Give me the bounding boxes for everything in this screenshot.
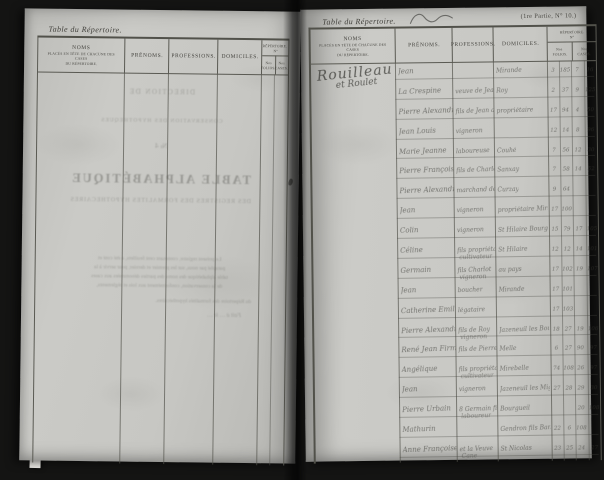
left-page: Table du Répertoire. DIRECTION DE CONSER… — [19, 8, 301, 463]
header-folios-l1: Nos — [265, 60, 271, 65]
header-folios-l2: FOLIOS. — [261, 65, 276, 70]
row-case-2: 108 — [588, 405, 600, 411]
row-prenoms: Pierre François — [399, 166, 453, 176]
header-cases-l1: Nos — [278, 60, 284, 65]
row-domicile: au pays — [498, 266, 522, 274]
row-profession: marchand de bois — [456, 186, 494, 194]
column-rule — [119, 73, 125, 464]
row-folio-2: 26 — [575, 366, 587, 372]
header-noms-line2: PLACÉS EN TÊTE DE CHACUNE DES CASES — [42, 50, 121, 60]
row-domicile: St Hilaire — [498, 246, 528, 254]
table-header-row: NOMS PLACÉS EN TÊTE DE CHACUNE DES CASES… — [38, 37, 288, 75]
header-cases-l2: CASES. — [578, 51, 591, 56]
row-folio-2: 7 — [571, 67, 583, 73]
header-professions: PROFESSIONS. — [451, 27, 493, 62]
row-prenoms: Pierre Urbain — [402, 404, 451, 414]
row-prenoms: Jean Louis — [399, 126, 436, 135]
row-prenoms: Jean — [398, 67, 414, 76]
row-prenoms: Jean — [400, 206, 416, 215]
row-prenoms: Pierre Alexandre — [398, 106, 452, 116]
header-domiciles-label: DOMICILES. — [221, 54, 258, 60]
row-case-1: 6 — [563, 425, 575, 431]
row-case-2: 30 — [585, 147, 597, 153]
row-profession: vigneron — [457, 206, 484, 214]
row-case-1: 14 — [560, 127, 572, 133]
header-noms: NOMS PLACÉS EN TÊTE DE CHACUNE DES CASES… — [310, 29, 394, 64]
row-folio-2: 19 — [573, 266, 585, 272]
row-case-2: 105 — [586, 226, 598, 232]
row-folio-1: 17 — [549, 266, 561, 272]
row-folio-1: 7 — [548, 167, 560, 173]
row-folio-2: 19 — [574, 326, 586, 332]
row-case-2: 97 — [587, 346, 599, 352]
row-prenoms: Anne Françoise — [402, 444, 456, 454]
row-case-2: 27 — [589, 445, 601, 451]
row-folio-2: 108 — [575, 425, 587, 431]
row-folio-2: 90 — [574, 346, 586, 352]
right-page: Table du Répertoire. (1re Partie, N° 10.… — [300, 6, 592, 461]
row-folio-1: 17 — [547, 107, 559, 113]
row-case-1: 185 — [559, 67, 571, 73]
row-domicile: propriétaire — [496, 106, 533, 114]
row-case-1: 79 — [561, 227, 573, 233]
row-folio-1: 12 — [549, 247, 561, 253]
row-case-2: 125 — [584, 87, 596, 93]
header-noms-line2: PLACÉS EN TÊTE DE CHACUNE DES CASES — [314, 42, 391, 52]
header-professions: PROFESSIONS. — [168, 39, 218, 74]
row-case-2: 107 — [586, 266, 598, 272]
header-professions-label: PROFESSIONS. — [171, 53, 216, 60]
header-prenoms-label: PRÉNOMS. — [408, 42, 440, 48]
header-prenoms: PRÉNOMS. — [124, 39, 169, 74]
right-register-table: NOMS PLACÉS EN TÊTE DE CHACUNE DES CASES… — [308, 24, 601, 463]
row-case-1: 64 — [560, 187, 572, 193]
ink-blot — [288, 178, 294, 186]
row-prenoms: Colin — [400, 226, 419, 235]
row-folio-2: 12 — [572, 147, 584, 153]
row-case-1: 100 — [561, 207, 573, 213]
header-cases: Nos CASES. — [572, 41, 597, 60]
row-folio-2: 24 — [576, 445, 588, 451]
header-repertoire-no: N° — [570, 34, 574, 39]
row-folio-1: 7 — [548, 147, 560, 153]
row-folio-1: 9 — [548, 187, 560, 193]
row-prenoms: René Jean Firmin — [401, 345, 455, 355]
row-prenoms: Jean — [401, 286, 417, 295]
right-page-title: Table du Répertoire. — [322, 17, 396, 27]
right-page-part-number: (1re Partie, N° 10.) — [521, 12, 577, 20]
row-profession: vigneron — [457, 226, 484, 234]
row-prenoms: La Crespine — [398, 86, 441, 96]
row-profession: vigneron — [456, 127, 483, 135]
header-cases-l1: Nos — [581, 46, 587, 51]
row-case-1: 58 — [560, 167, 572, 173]
row-folio-2: 17 — [573, 226, 585, 232]
row-case-1: 37 — [559, 87, 571, 93]
row-case-2: 30 — [588, 385, 600, 391]
row-prenoms: Céline — [400, 246, 423, 255]
header-folios-l2: FOLIOS. — [552, 51, 567, 56]
row-profession: fils de Pierre — [458, 345, 496, 353]
row-folio-1: 23 — [552, 446, 564, 452]
row-folio-2: 20 — [575, 405, 587, 411]
row-folio-2: 14 — [572, 167, 584, 173]
row-case-2: 52 — [585, 167, 597, 173]
column-rule — [163, 73, 169, 464]
row-domicile: Jazeneuil les Bourg — [499, 325, 549, 334]
row-folio-2: 4 — [571, 107, 583, 113]
row-folio-1: 17 — [550, 286, 562, 292]
row-folio-1: 15 — [549, 227, 561, 233]
row-folio-1: 3 — [547, 68, 559, 74]
row-case-1: 27 — [562, 326, 574, 332]
row-case-1: 56 — [560, 147, 572, 153]
row-domicile: Jazeneuil les Migné — [500, 384, 550, 393]
row-prenoms: Angélique — [402, 365, 438, 374]
header-noms-line1: NOMS — [343, 36, 361, 42]
row-profession: laboureuse — [456, 147, 490, 155]
column-rule — [256, 74, 262, 465]
header-cases: Nos CASES. — [275, 55, 288, 74]
register-row: Anne Françoise et la Veuve Cane St Nicol… — [316, 438, 601, 461]
row-case-1: 108 — [563, 366, 575, 372]
row-domicile: Mirande — [496, 67, 522, 75]
row-domicile: Curzay — [497, 186, 519, 194]
row-profession: veuve de Jean — [455, 87, 493, 95]
row-folio-2: 14 — [573, 246, 585, 252]
row-case-1: 103 — [562, 306, 574, 312]
header-repertoire-label: RÉPERTOIRE. — [560, 29, 584, 34]
row-prenoms: Catherine Émilie — [401, 305, 455, 315]
row-prenoms: Pierre Alexandre — [399, 186, 453, 196]
header-cases-l2: CASES. — [275, 65, 288, 70]
left-register-table: NOMS PLACÉS EN TÊTE DE CHACUNE DES CASES… — [32, 35, 289, 465]
row-folio-2: 29 — [575, 386, 587, 392]
row-profession: boucher — [458, 286, 483, 294]
register-rows: Jean Mirande 3 185 7 16 La Crespine veuv… — [311, 60, 601, 463]
row-domicile: Melle — [499, 345, 516, 353]
row-domicile: Sanxay — [497, 166, 519, 174]
column-rule — [269, 74, 275, 465]
row-case-2: 106 — [587, 326, 599, 332]
row-folio-2: 9 — [571, 87, 583, 93]
header-noms-line3: DU RÉPERTOIRE. — [65, 61, 97, 66]
row-folio-1: 22 — [551, 426, 563, 432]
header-noms-line3: DU RÉPERTOIRE. — [337, 52, 369, 57]
header-domiciles: DOMICILES. — [492, 27, 547, 62]
header-folios-l1: Nos — [557, 46, 563, 51]
table-header-row: NOMS PLACÉS EN TÊTE DE CHACUNE DES CASES… — [310, 26, 595, 64]
row-case-2: 16 — [584, 67, 596, 73]
row-profession: vigneron — [459, 385, 486, 393]
row-case-2: 96 — [585, 127, 597, 133]
row-folio-1: 17 — [550, 306, 562, 312]
row-folio-1: 6 — [550, 346, 562, 352]
header-repertoire: RÉPERTOIRE. N° Nos FOLIOS. Nos CASES. — [546, 26, 596, 61]
row-profession: fils de Charlot — [456, 166, 494, 174]
row-folio-1: 12 — [548, 127, 560, 133]
row-profession: légataire — [458, 306, 485, 314]
row-case-1: 12 — [561, 246, 573, 252]
header-repertoire-no: N° — [273, 48, 277, 53]
row-domicile: St Hilaire Bourges — [498, 225, 548, 234]
row-domicile: Mirebelle — [500, 365, 530, 373]
header-noms: NOMS PLACÉS EN TÊTE DE CHACUNE DES CASES… — [38, 37, 124, 72]
row-domicile: Roy — [496, 87, 508, 94]
row-domicile: Bourgueil — [500, 405, 530, 413]
scanned-register-spread: Table du Répertoire. DIRECTION DE CONSER… — [0, 0, 604, 480]
column-rule — [212, 74, 218, 465]
row-case-1: 27 — [562, 346, 574, 352]
header-folios: Nos FOLIOS. — [548, 41, 573, 60]
row-folio-1: 27 — [551, 386, 563, 392]
left-page-title: Table du Répertoire. — [48, 25, 122, 35]
row-prenoms: Pierre Alexandre — [401, 325, 455, 335]
row-prenoms: Jean — [402, 385, 418, 394]
row-case-1: 28 — [563, 386, 575, 392]
header-prenoms-label: PRÉNOMS. — [131, 53, 163, 59]
header-domiciles-label: DOMICILES. — [502, 41, 539, 47]
row-case-1: 101 — [562, 286, 574, 292]
row-case-1: 102 — [561, 266, 573, 272]
row-domicile: St Nicolas — [501, 444, 532, 452]
row-prenoms: Germain — [400, 266, 431, 275]
row-case-1: 94 — [559, 107, 571, 113]
row-case-1: 25 — [564, 445, 576, 451]
header-prenoms: PRÉNOMS. — [394, 28, 452, 63]
row-domicile: Couhé — [497, 146, 517, 154]
row-folio-2: 8 — [572, 127, 584, 133]
row-folio-1: 2 — [547, 87, 559, 93]
row-profession-2: Cane — [462, 452, 478, 460]
row-case-2: 101 — [586, 246, 598, 252]
row-domicile: propriétaire Mirande — [498, 205, 548, 214]
header-repertoire: RÉPERTOIRE. N° Nos FOLIOS. Nos CASES. — [261, 40, 288, 74]
row-profession: fils de Jean aîné — [455, 107, 493, 115]
header-noms-line1: NOMS — [72, 44, 90, 50]
row-prenoms: Marie Jeanne — [399, 146, 447, 156]
row-case-2: 50 — [584, 107, 596, 113]
row-domicile: Gendron fils Bandry — [500, 424, 550, 433]
header-professions-label: PROFESSIONS. — [451, 41, 496, 48]
row-prenoms: Mathurin — [402, 425, 436, 434]
row-folio-1: 18 — [550, 326, 562, 332]
header-repertoire-label: RÉPERTOIRE. — [263, 43, 287, 48]
header-domiciles: DOMICILES. — [217, 40, 262, 75]
row-case-2: 97 — [588, 365, 600, 371]
row-domicile: Mirande — [499, 286, 525, 294]
header-repertoire-top: RÉPERTOIRE. N° — [262, 40, 288, 56]
row-folio-1: 17 — [549, 207, 561, 213]
row-folio-1: 74 — [551, 366, 563, 372]
